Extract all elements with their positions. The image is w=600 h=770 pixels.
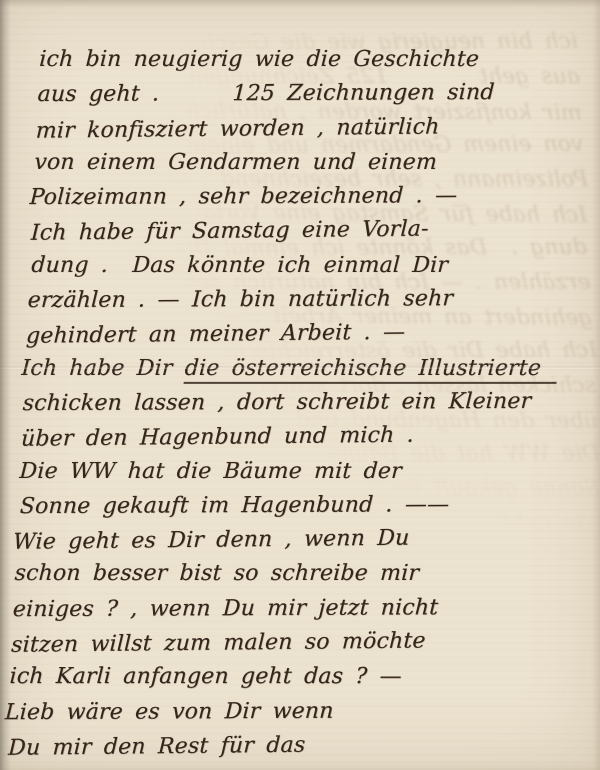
handwriting-line: über den Hagenbund und mich . <box>20 417 566 457</box>
line-text: Polizeimann , sehr bezeichnend . — <box>29 183 458 210</box>
handwriting-line: sitzen willst zum malen so möchte <box>10 623 556 663</box>
line-text: schon besser bist so schreibe mir <box>14 561 420 586</box>
line-text: über den Hagenbund und mich . <box>20 423 414 452</box>
line-text: ich bin neugierig wie die Geschichte <box>39 47 480 72</box>
handwriting-line: von einem Gendarmen und einem <box>33 146 579 180</box>
handwriting-line: ich Karli anfangen geht das ? — <box>9 660 555 694</box>
scan-edge-shadow-left <box>0 0 11 770</box>
line-text: aus geht . 125 Zeichnungen sind <box>37 80 495 107</box>
underlined-phrase: die österreichische Illustrierte <box>184 356 558 384</box>
handwriting-line: Wie geht es Dir denn , wenn Du <box>12 520 561 560</box>
letter-page: ich bin neugierig wie die Geschichteaus … <box>0 0 600 770</box>
handwriting-line: aus geht . 125 Zeichnungen sind <box>37 76 583 113</box>
handwriting-line: schicken lassen , dort schreibt ein Klei… <box>22 385 568 422</box>
line-text: erzählen . — Ich bin natürlich sehr <box>27 286 454 313</box>
line-text: Du mir den Rest für das <box>8 733 306 761</box>
handwriting-line: ich bin neugierig wie die Geschichte <box>38 43 584 77</box>
handwriting-line: gehindert an meiner Arbeit . — <box>25 314 571 354</box>
handwriting-line: Die WW hat die Bäume mit der <box>19 454 565 488</box>
line-text: von einem Gendarmen und einem <box>34 150 438 175</box>
handwriting-line: Sonne gekauft im Hagenbund . —— <box>19 488 563 525</box>
line-text: Wie geht es Dir denn , wenn Du <box>13 526 410 555</box>
fold-crease <box>0 366 600 369</box>
handwriting-line: Ich habe für Samstag eine Vorla- <box>30 211 576 251</box>
handwriting-line: Du mir den Rest für das <box>7 726 551 766</box>
handwriting-line: mir konfisziert worden , natürlich <box>35 109 581 149</box>
line-text: ich Karli anfangen geht das ? — <box>9 664 402 689</box>
line-text: Lieb wäre es von Dir wenn <box>4 698 334 724</box>
line-text: sitzen willst zum malen so möchte <box>11 628 427 657</box>
line-text: dung . Das könnte ich einmal Dir <box>31 253 449 278</box>
letter-lines: ich bin neugierig wie die Geschichteaus … <box>5 42 584 765</box>
line-text: einiges ? , wenn Du mir jetzt nicht <box>12 595 439 622</box>
line-text: schicken lassen , dort schreibt ein Klei… <box>22 389 532 416</box>
handwriting-line: Lieb wäre es von Dir wenn <box>4 693 553 730</box>
scan-edge-shadow-right <box>593 0 600 770</box>
line-text: Die WW hat die Bäume mit der <box>19 458 403 483</box>
handwriting-line: dung . Das könnte ich einmal Dir <box>30 249 574 283</box>
line-text: gehindert an meiner Arbeit . — <box>25 320 405 349</box>
handwriting-line: Polizeimann , sehr bezeichnend . — <box>29 179 578 216</box>
line-text: Ich habe für Samstag eine Vorla- <box>30 217 429 246</box>
line-text: mir konfisziert worden , natürlich <box>35 114 440 143</box>
scan-edge-shadow-top <box>0 0 600 7</box>
handwriting-line: schon besser bist so schreibe mir <box>14 557 560 591</box>
line-text: Sonne gekauft im Hagenbund . —— <box>19 492 450 519</box>
handwriting-line: einiges ? , wenn Du mir jetzt nicht <box>12 590 558 627</box>
handwriting-line: erzählen . — Ich bin natürlich sehr <box>27 282 573 319</box>
